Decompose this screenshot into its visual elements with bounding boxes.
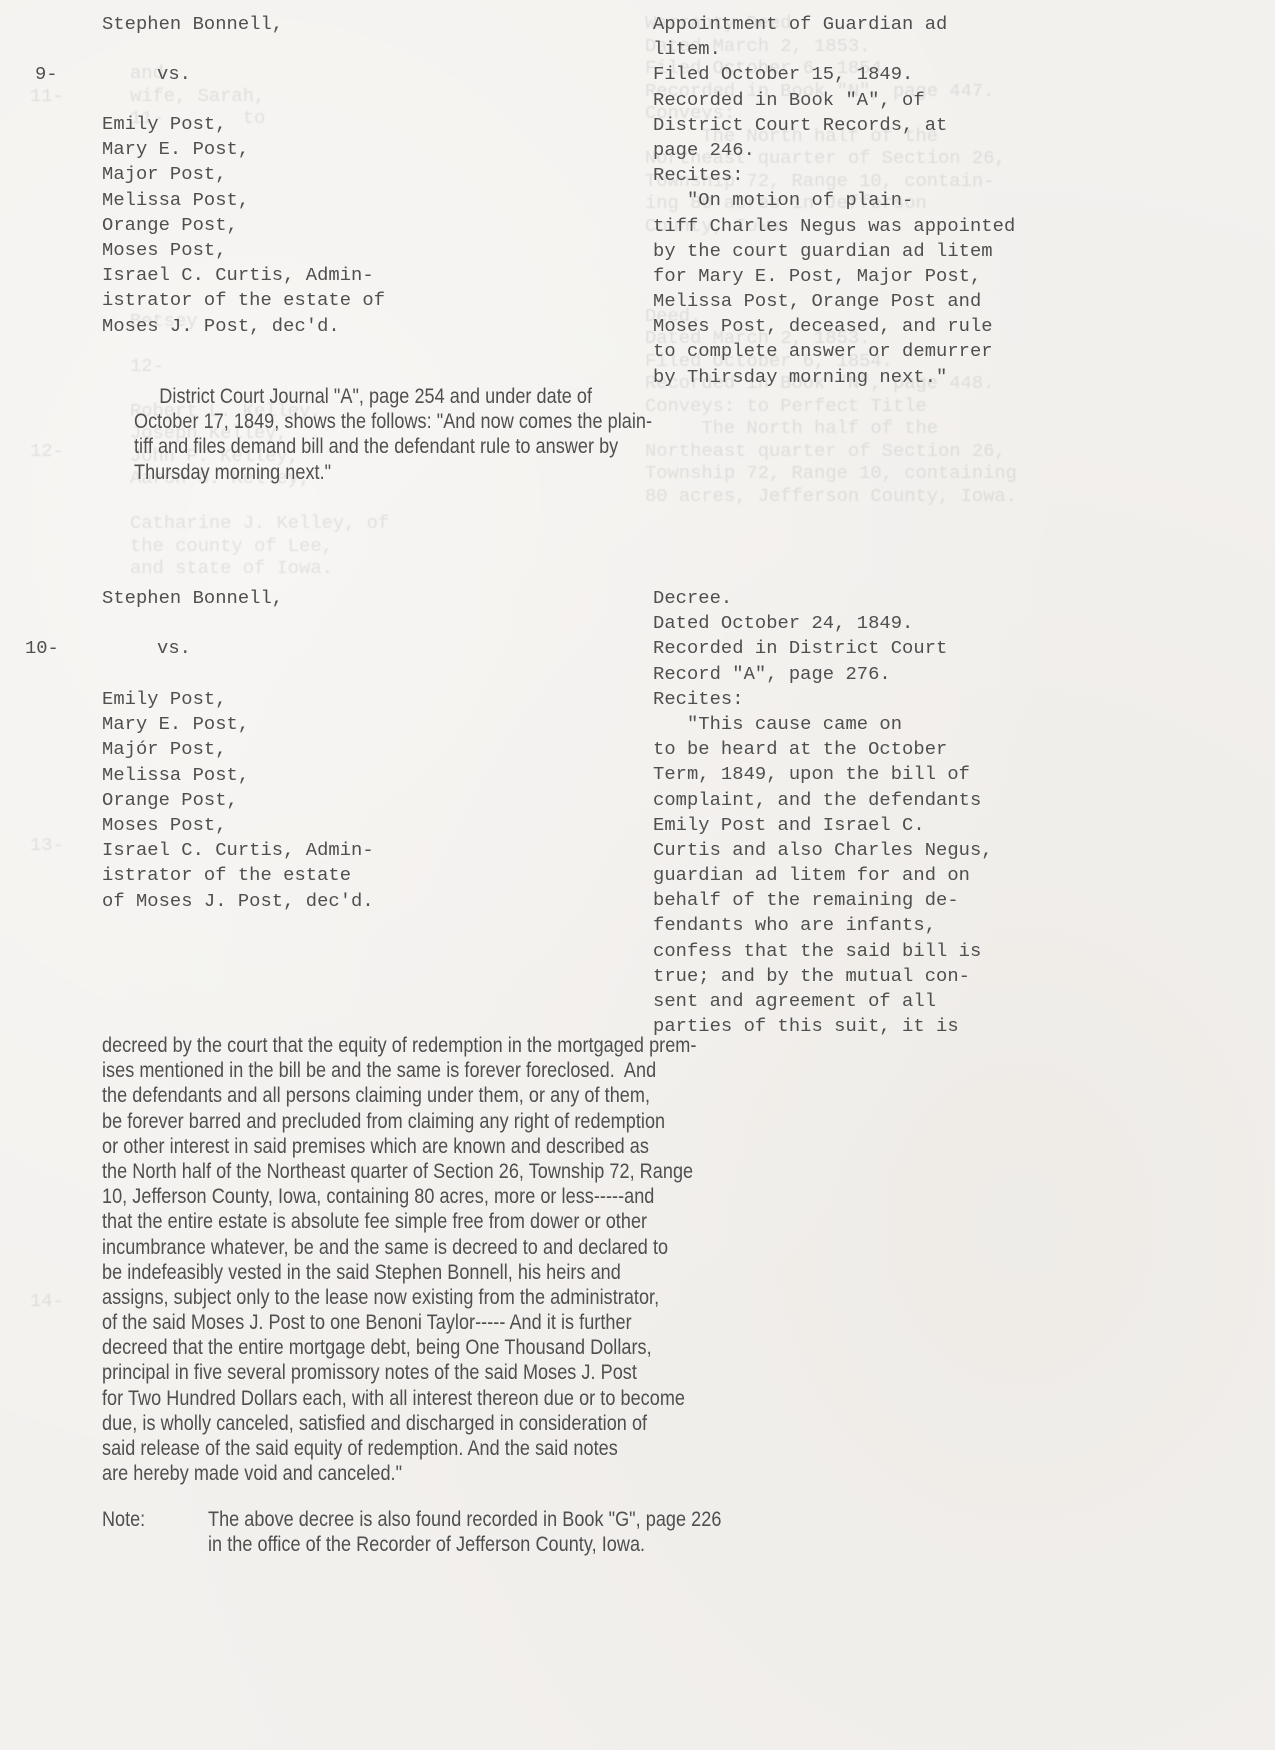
text-line: litem. — [653, 37, 1015, 62]
text-line: Curtis and also Charles Negus, — [653, 838, 993, 863]
text-line: Term, 1849, upon the bill of — [653, 762, 993, 787]
text-line: District Court Records, at — [653, 113, 1015, 138]
note-label: Note: — [102, 1507, 145, 1532]
text-line: that the entire estate is absolute fee s… — [102, 1209, 696, 1234]
text-line: Mary E. Post, — [102, 712, 374, 737]
text-line: istrator of the estate of — [102, 288, 385, 313]
text-line: due, is wholly canceled, satisfied and d… — [102, 1411, 696, 1436]
text-line: complaint, and the defendants — [653, 788, 993, 813]
text-line: of Moses J. Post, dec'd. — [102, 889, 374, 914]
ghost-number-11: 11- — [30, 85, 64, 108]
defendants-list: Emily Post,Mary E. Post,Majór Post,Melis… — [102, 687, 374, 914]
entry-number: 9- — [35, 62, 58, 87]
text-line: Recorded in Book "A", of — [653, 88, 1015, 113]
instrument-details: Appointment of Guardian adlitem.Filed Oc… — [653, 12, 1015, 390]
text-line: Moses Post, — [102, 238, 385, 263]
text-line: for Two Hundred Dollars each, with all i… — [102, 1386, 696, 1411]
text-line: are hereby made void and canceled." — [102, 1461, 696, 1486]
text-line: incumbrance whatever, be and the same is… — [102, 1235, 696, 1260]
text-line: Melissa Post, — [102, 188, 385, 213]
text-line: Record "A", page 276. — [653, 662, 993, 687]
text-line: confess that the said bill is — [653, 939, 993, 964]
instrument-details: Decree.Dated October 24, 1849.Recorded i… — [653, 586, 993, 1039]
text-line: tiff Charles Negus was appointed — [653, 214, 1015, 239]
text-line: Appointment of Guardian ad — [653, 12, 1015, 37]
text-line: Melissa Post, — [102, 763, 374, 788]
text-line: to complete answer or demurrer — [653, 339, 1015, 364]
versus: vs. — [157, 636, 191, 661]
text-line: Thursday morning next." — [134, 460, 652, 485]
text-line: Orange Post, — [102, 788, 374, 813]
text-line: decreed that the entire mortgage debt, b… — [102, 1335, 696, 1360]
text-line: guardian ad litem for and on — [653, 863, 993, 888]
defendants-list: Emily Post,Mary E. Post,Major Post,Melis… — [102, 112, 385, 339]
text-line: Dated October 24, 1849. — [653, 611, 993, 636]
text-line: Israel C. Curtis, Admin- — [102, 263, 385, 288]
text-line: the North half of the Northeast quarter … — [102, 1159, 696, 1184]
text-line: October 17, 1849, shows the follows: "An… — [134, 409, 652, 434]
text-line: for Mary E. Post, Major Post, — [653, 264, 1015, 289]
text-line: sent and agreement of all — [653, 989, 993, 1014]
text-line: District Court Journal "A", page 254 and… — [134, 384, 652, 409]
text-line: by the court guardian ad litem — [653, 239, 1015, 264]
text-line: ises mentioned in the bill be and the sa… — [102, 1058, 696, 1083]
text-line: assigns, subject only to the lease now e… — [102, 1285, 696, 1310]
text-line: principal in five several promissory not… — [102, 1360, 696, 1385]
text-line: Moses Post, deceased, and rule — [653, 314, 1015, 339]
text-line: Emily Post, — [102, 687, 374, 712]
text-line: Moses Post, — [102, 813, 374, 838]
text-line: tiff and files demand bill and the defen… — [134, 434, 652, 459]
text-line: said release of the said equity of redem… — [102, 1436, 696, 1461]
text-line: Filed October 15, 1849. — [653, 62, 1015, 87]
text-line: in the office of the Recorder of Jeffers… — [208, 1532, 721, 1557]
text-line: true; and by the mutual con- — [653, 964, 993, 989]
text-line: of the said Moses J. Post to one Benoni … — [102, 1310, 696, 1335]
text-line: Major Post, — [102, 162, 385, 187]
text-line: Israel C. Curtis, Admin- — [102, 838, 374, 863]
text-line: decreed by the court that the equity of … — [102, 1033, 696, 1058]
text-line: be forever barred and precluded from cla… — [102, 1109, 696, 1134]
ghost-number-14: 14- — [30, 1290, 64, 1313]
text-line: to be heard at the October — [653, 737, 993, 762]
text-line: "This cause came on — [653, 712, 993, 737]
text-line: Mary E. Post, — [102, 137, 385, 162]
plaintiff: Stephen Bonnell, — [102, 12, 283, 37]
text-line: Moses J. Post, dec'd. — [102, 314, 385, 339]
journal-note: District Court Journal "A", page 254 and… — [134, 384, 736, 485]
text-line: 10, Jefferson County, Iowa, containing 8… — [102, 1184, 696, 1209]
note-text: The above decree is also found recorded … — [208, 1507, 805, 1557]
plaintiff: Stephen Bonnell, — [102, 586, 283, 611]
text-line: Recites: — [653, 163, 1015, 188]
document-page: and wife, Sarah, 11- to Betsey 12- Rober… — [0, 0, 1275, 1750]
text-line: The above decree is also found recorded … — [208, 1507, 721, 1532]
ghost-number-12: 12- — [30, 440, 64, 463]
text-line: istrator of the estate — [102, 863, 374, 888]
text-line: or other interest in said premises which… — [102, 1134, 696, 1159]
entry-number: 10- — [25, 636, 59, 661]
text-line: Emily Post and Israel C. — [653, 813, 993, 838]
text-line: be indefeasibly vested in the said Steph… — [102, 1260, 696, 1285]
text-line: Majór Post, — [102, 737, 374, 762]
text-line: the defendants and all persons claiming … — [102, 1083, 696, 1108]
text-line: Melissa Post, Orange Post and — [653, 289, 1015, 314]
text-line: Decree. — [653, 586, 993, 611]
text-line: "On motion of plain- — [653, 188, 1015, 213]
versus: vs. — [157, 62, 191, 87]
decree-continuation: decreed by the court that the equity of … — [102, 1033, 793, 1486]
text-line: behalf of the remaining de- — [653, 888, 993, 913]
text-line: Orange Post, — [102, 213, 385, 238]
text-line: Emily Post, — [102, 112, 385, 137]
ghost-number-13: 13- — [30, 834, 64, 857]
text-line: Recites: — [653, 687, 993, 712]
text-line: page 246. — [653, 138, 1015, 163]
text-line: fendants who are infants, — [653, 913, 993, 938]
text-line: Recorded in District Court — [653, 636, 993, 661]
